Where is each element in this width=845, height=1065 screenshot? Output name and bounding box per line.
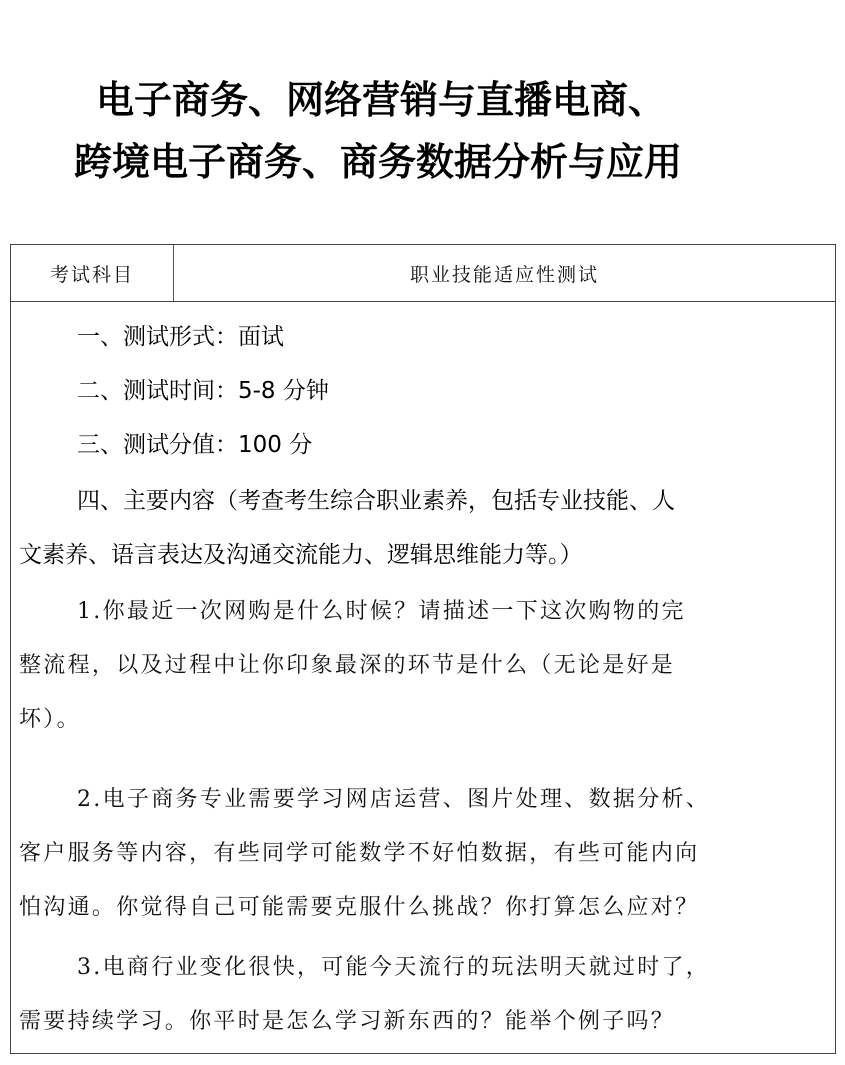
section-duration: 二、测试时间：5-8 分钟 <box>77 372 329 405</box>
subject-value-cell: 职业技能适应性测试 <box>174 245 835 301</box>
question-1-line-1: 1.你最近一次网购是什么时候？请描述一下这次购物的完 <box>77 594 686 625</box>
question-1-line-2: 整流程，以及过程中让你印象最深的环节是什么（无论是好是 <box>19 648 675 679</box>
section-score: 三、测试分值：100 分 <box>77 426 312 459</box>
question-2-line-2: 客户服务等内容，有些同学可能数学不好怕数据，有些可能内向 <box>19 836 699 867</box>
section-content-line-1: 四、主要内容（考查考生综合职业素养，包括专业技能、人 <box>77 482 675 515</box>
section-content-line-2: 文素养、语言表达及沟通交流能力、逻辑思维能力等。） <box>19 536 583 569</box>
table-content-cell: 一、测试形式：面试 二、测试时间：5-8 分钟 三、测试分值：100 分 四、主… <box>11 302 835 1053</box>
question-2-line-3: 怕沟通。你觉得自己可能需要克服什么挑战？你打算怎么应对？ <box>19 890 699 921</box>
section-format: 一、测试形式：面试 <box>77 318 284 351</box>
question-3-line-2: 需要持续学习。你平时是怎么学习新东西的？能举个例子吗？ <box>19 1004 675 1035</box>
question-1-line-3: 坏）。 <box>19 702 81 733</box>
table-header-row: 考试科目 职业技能适应性测试 <box>11 245 835 302</box>
subject-label-cell: 考试科目 <box>11 245 174 301</box>
title-line-2: 跨境电子商务、商务数据分析与应用 <box>74 132 682 192</box>
title-line-1: 电子商务、网络营销与直播电商、 <box>96 70 666 130</box>
question-2-line-1: 2.电子商务专业需要学习网店运营、图片处理、数据分析、 <box>77 782 710 813</box>
exam-table: 考试科目 职业技能适应性测试 一、测试形式：面试 二、测试时间：5-8 分钟 三… <box>10 244 836 1054</box>
question-3-line-1: 3.电商行业变化很快，可能今天流行的玩法明天就过时了， <box>77 950 710 981</box>
